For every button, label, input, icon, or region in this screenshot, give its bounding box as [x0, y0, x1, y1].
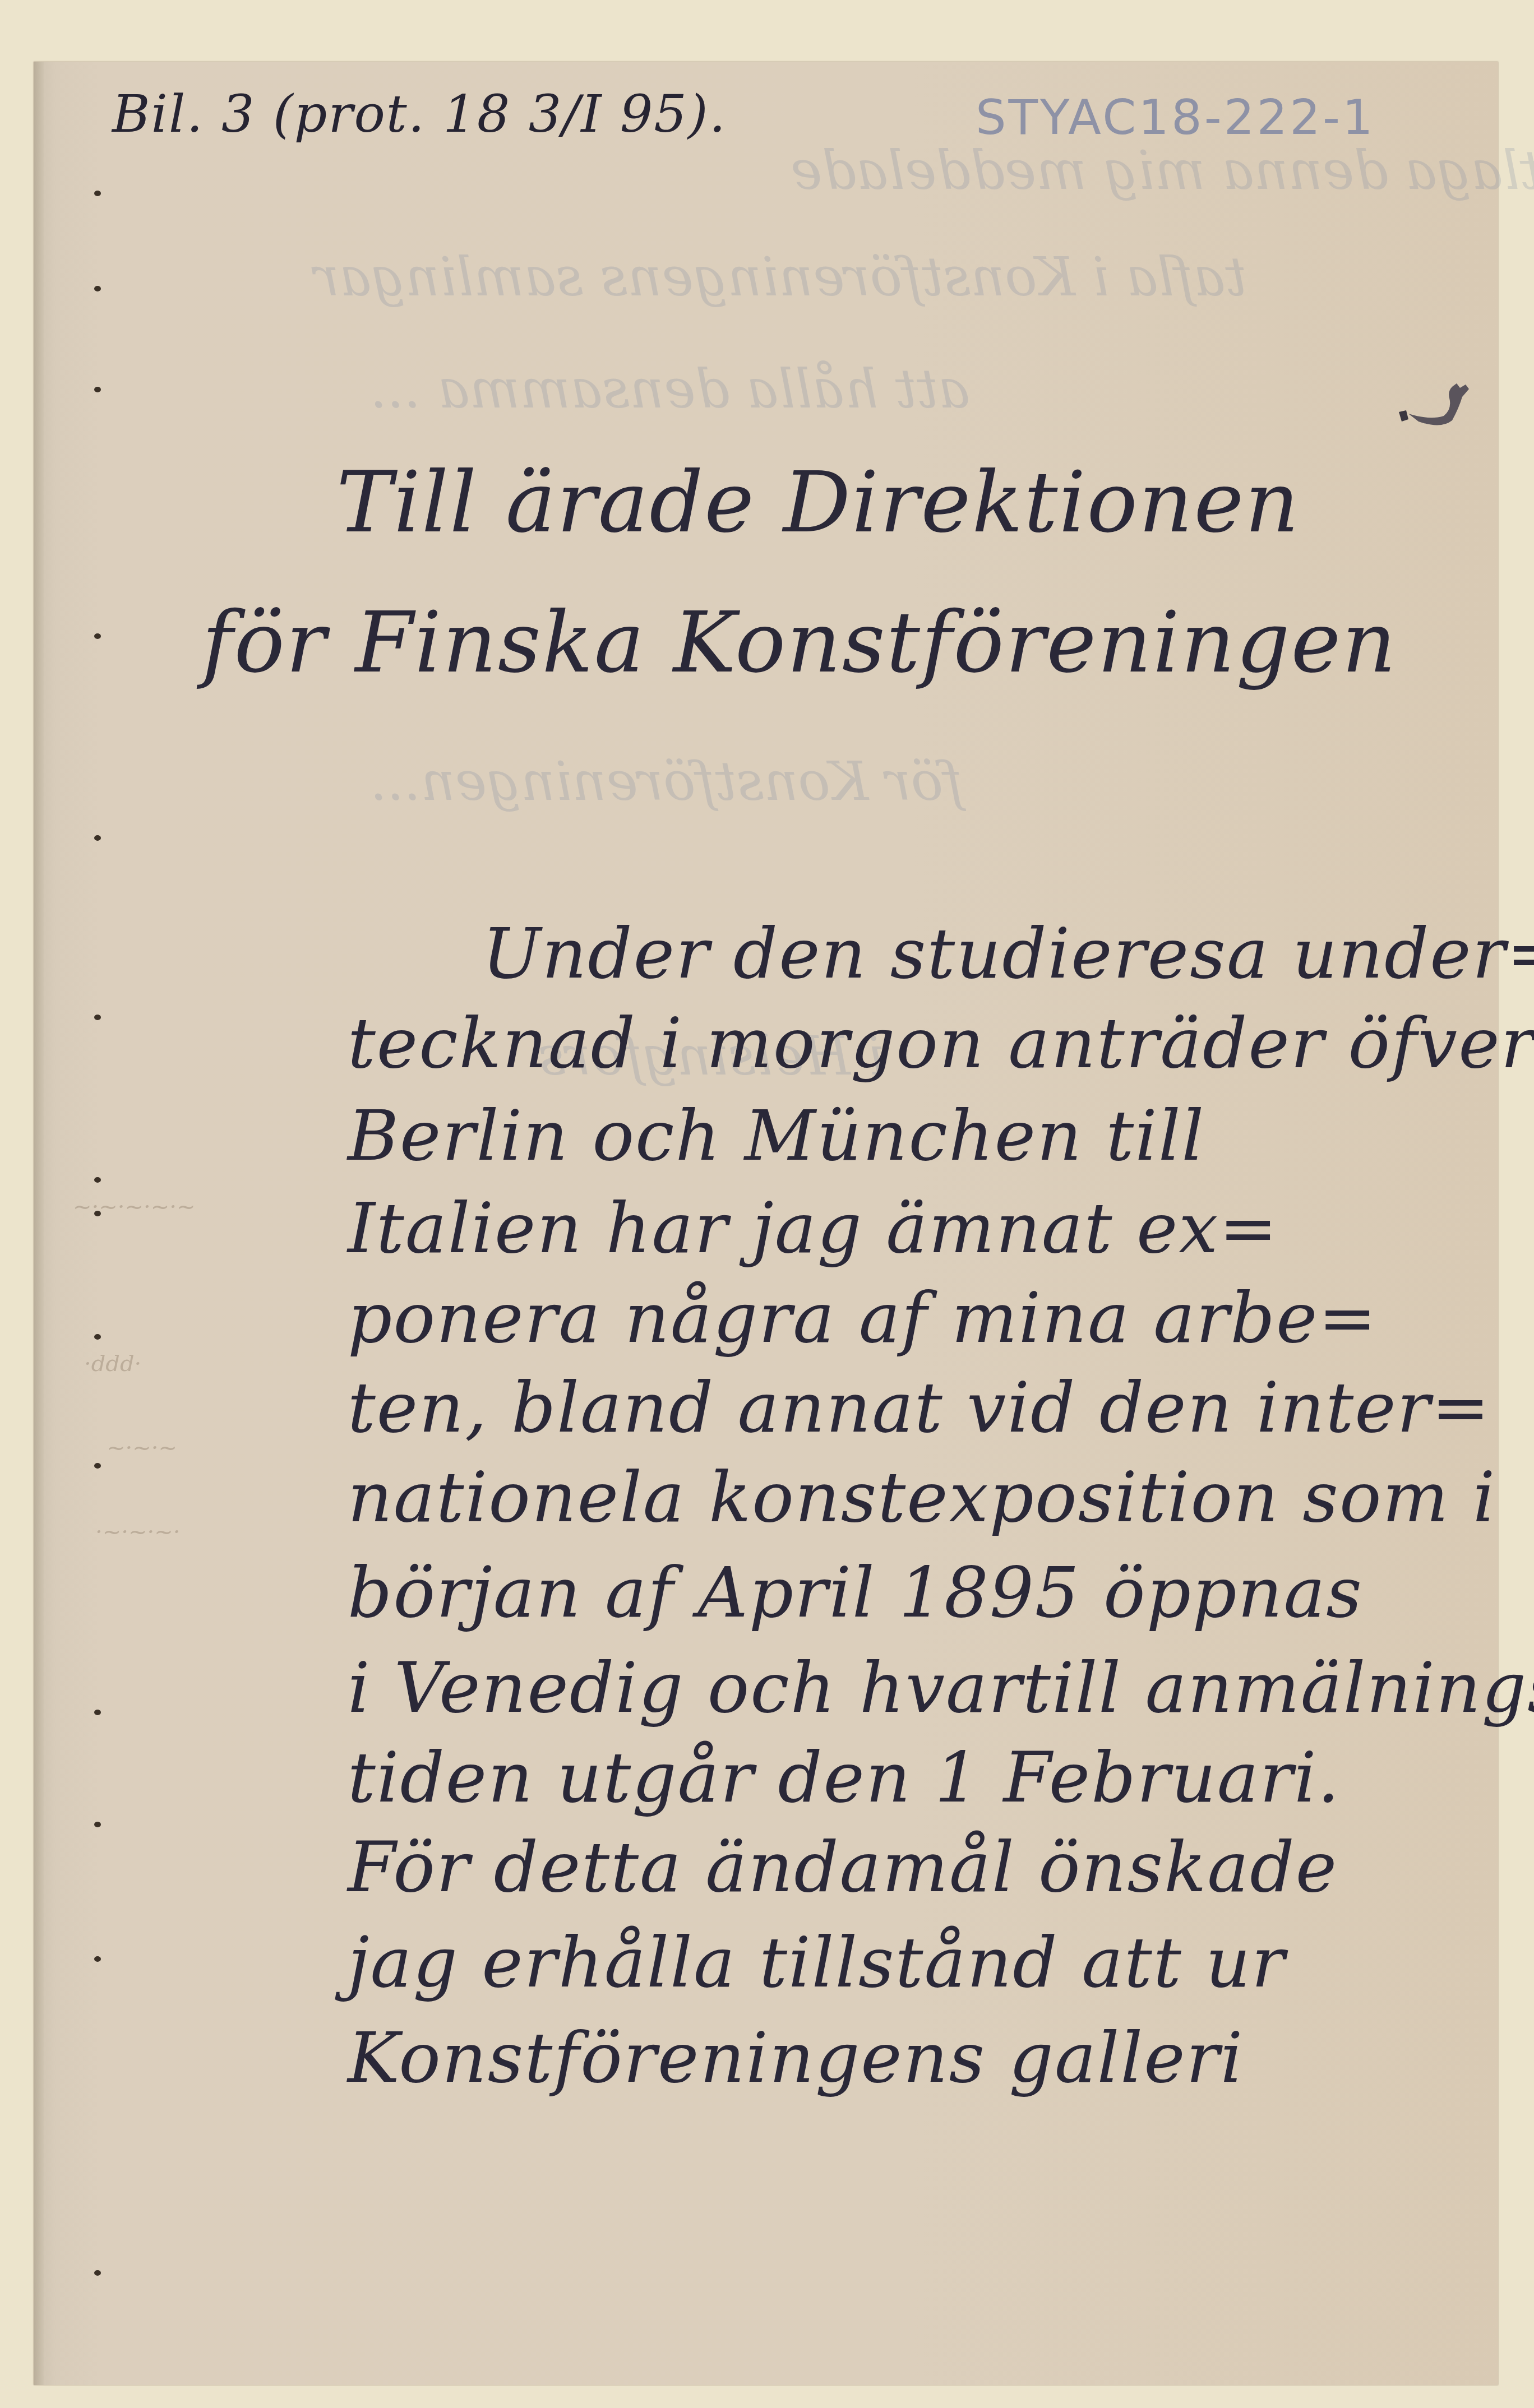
body-line: Berlin och München till: [348, 1096, 1205, 1177]
body-line: För detta ändamål önskade: [348, 1827, 1338, 1908]
binding-hole: [94, 1822, 101, 1827]
margin-offset-mark: ~·~·~·~·~: [73, 1194, 195, 1220]
body-line: jag erhålla tillstånd att ur: [348, 1923, 1286, 2003]
body-line: Under den studieresa under=: [482, 914, 1534, 994]
body-line: tecknad i morgon anträder öfver: [348, 1003, 1534, 1084]
binding-hole: [94, 1956, 101, 1962]
addressee-line-2: för Finska Konstföreningen: [202, 594, 1397, 692]
binding-hole: [94, 191, 101, 196]
binding-hole: [94, 286, 101, 291]
archive-reference: STYAC18-222-1: [976, 90, 1375, 146]
binding-hole: [94, 835, 101, 841]
binding-hole: [94, 1710, 101, 1715]
body-line: ponera några af mina arbe=: [348, 1278, 1378, 1359]
body-line: i Venedig och hvartill anmälnings: [348, 1648, 1534, 1729]
binding-hole: [94, 1334, 101, 1340]
binding-hole: [94, 2270, 101, 2276]
binding-hole: [94, 387, 101, 392]
body-line: början af April 1895 öppnas: [348, 1553, 1363, 1633]
binding-hole: [94, 633, 101, 639]
bleed-through-line: tafla i Konstföreningens samlingar: [314, 247, 1247, 308]
bleed-through-line: utlaga denna mig meddelade: [791, 140, 1534, 202]
margin-offset-mark: ·~·~·~·: [95, 1519, 180, 1545]
body-line: ten, bland annat vid den inter=: [348, 1368, 1491, 1448]
margin-offset-mark: ~·~·~: [107, 1435, 177, 1461]
letter-sheet: utlaga denna mig meddelade tafla i Konst…: [34, 62, 1498, 2385]
archive-annotation: Bil. 3 (prot. 18 3/I 95).: [112, 84, 727, 144]
binding-hole: [94, 1463, 101, 1469]
binding-hole: [94, 1015, 101, 1020]
body-line: Italien har jag ämnat ex=: [348, 1188, 1278, 1269]
addressee-line-1: Till ärade Direktionen: [336, 454, 1300, 552]
body-line: tiden utgår den 1 Februari.: [348, 1738, 1341, 1818]
binding-hole: [94, 1177, 101, 1183]
bleed-through-line: för Konstföreningen...: [370, 751, 963, 813]
body-line: nationela konstexposition som i: [348, 1457, 1496, 1538]
body-line: Konstföreningens galleri: [348, 2018, 1244, 2099]
ink-blot: [1396, 381, 1480, 437]
bleed-through-line: att hålla densamma ...: [370, 359, 970, 420]
margin-offset-mark: ·ddd·: [84, 1351, 141, 1377]
